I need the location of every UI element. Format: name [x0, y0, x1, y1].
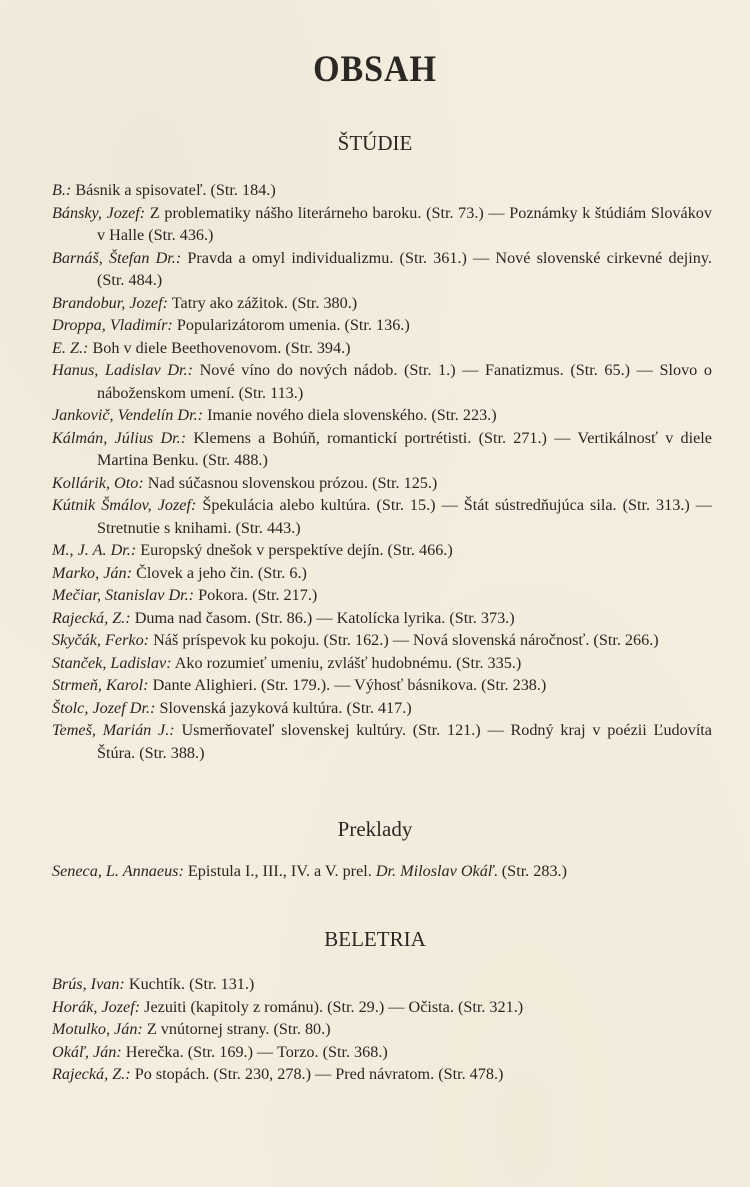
entry-author: M., J. A. Dr.: [52, 541, 136, 559]
entry-text: Z vnútornej strany. (Str. 80.) [143, 1020, 331, 1038]
toc-entry: Temeš, Marián J.: Usmerňovateľ slovenske… [52, 719, 712, 764]
page-title: OBSAH [30, 48, 720, 91]
entry-author: Hanus, Ladislav Dr.: [52, 361, 193, 379]
entry-text: Imanie nového diela slovenského. (Str. 2… [203, 406, 497, 424]
entry-text: Slovenská jazyková kultúra. (Str. 417.) [155, 699, 411, 717]
entry-text: Popularizátorom umenia. (Str. 136.) [173, 316, 410, 334]
entry-author: E. Z.: [52, 339, 88, 357]
entry-text: Europský dnešok v perspektíve dejín. (St… [136, 541, 453, 559]
toc-entry: Kollárik, Oto: Nad súčasnou slovenskou p… [52, 472, 712, 495]
entry-author: Motulko, Ján: [52, 1020, 143, 1038]
entry-text: Z problematiky nášho literárneho baroku.… [97, 204, 712, 245]
section-heading-preklady: Preklady [0, 817, 750, 842]
entry-author: Rajecká, Z.: [52, 1065, 131, 1083]
document-page: OBSAH ŠTÚDIE B.: Básnik a spisovateľ. (S… [0, 0, 750, 1187]
entry-text: Náš príspevok ku pokoju. (Str. 162.) — N… [149, 631, 659, 649]
entry-text: Klemens a Bohúň, romantickí portrétisti.… [97, 429, 712, 470]
section-heading-studie: ŠTÚDIE [0, 131, 750, 156]
entry-author: Marko, Ján: [52, 564, 132, 582]
entry-text: Pokora. (Str. 217.) [194, 586, 317, 604]
entry-author: Rajecká, Z.: [52, 609, 131, 627]
entry-author: Brús, Ivan: [52, 975, 125, 993]
toc-entry: Brandobur, Jozef: Tatry ako zážitok. (St… [52, 292, 712, 315]
entry-text: Dante Alighieri. (Str. 179.). — Výhosť b… [149, 676, 547, 694]
entry-author: Horák, Jozef: [52, 998, 140, 1016]
toc-entry: Štolc, Jozef Dr.: Slovenská jazyková kul… [52, 697, 712, 720]
entry-text: Herečka. (Str. 169.) — Torzo. (Str. 368.… [122, 1043, 388, 1061]
toc-entry: E. Z.: Boh v diele Beethovenovom. (Str. … [52, 337, 712, 360]
entry-author: Brandobur, Jozef: [52, 294, 168, 312]
entry-text: Boh v diele Beethovenovom. (Str. 394.) [88, 339, 350, 357]
toc-entry: Marko, Ján: Človek a jeho čin. (Str. 6.) [52, 562, 712, 585]
entry-text: Ako rozumieť umeniu, zvlášť hudobnému. (… [172, 654, 522, 672]
toc-entry: Brús, Ivan: Kuchtík. (Str. 131.) [52, 973, 712, 996]
toc-entry: Seneca, L. Annaeus: Epistula I., III., I… [52, 860, 712, 883]
toc-entry: Droppa, Vladimír: Popularizátorom umenia… [52, 314, 712, 337]
toc-entry: B.: Básnik a spisovateľ. (Str. 184.) [52, 179, 712, 202]
entry-text-after: . (Str. 283.) [494, 862, 567, 880]
toc-entry: Hanus, Ladislav Dr.: Nové víno do nových… [52, 359, 712, 404]
entry-author: Strmeň, Karol: [52, 676, 149, 694]
entry-author: Kollárik, Oto: [52, 474, 144, 492]
entry-text: Pravda a omyl individualizmu. (Str. 361.… [97, 249, 712, 290]
toc-entry: Jankovič, Vendelín Dr.: Imanie nového di… [52, 404, 712, 427]
toc-entry: M., J. A. Dr.: Europský dnešok v perspek… [52, 539, 712, 562]
toc-entry: Rajecká, Z.: Po stopách. (Str. 230, 278.… [52, 1063, 712, 1086]
entry-author: Seneca, L. Annaeus: [52, 862, 184, 880]
entry-author: Skyčák, Ferko: [52, 631, 149, 649]
toc-entry: Stanček, Ladislav: Ako rozumieť umeniu, … [52, 652, 712, 675]
entry-author: B.: [52, 181, 71, 199]
entry-text: Básnik a spisovateľ. (Str. 184.) [71, 181, 275, 199]
entry-author: Droppa, Vladimír: [52, 316, 173, 334]
entry-text: Tatry ako zážitok. (Str. 380.) [168, 294, 357, 312]
entry-author: Štolc, Jozef Dr.: [52, 699, 155, 717]
beletria-list: Brús, Ivan: Kuchtík. (Str. 131.) Horák, … [52, 973, 712, 1086]
toc-entry: Kútnik Šmálov, Jozef: Špekulácia alebo k… [52, 494, 712, 539]
entry-author: Jankovič, Vendelín Dr.: [52, 406, 203, 424]
entry-author: Kálmán, Július Dr.: [52, 429, 186, 447]
entry-text: Duma nad časom. (Str. 86.) — Katolícka l… [131, 609, 515, 627]
toc-entry: Bánsky, Jozef: Z problematiky nášho lite… [52, 202, 712, 247]
entry-text: Jezuiti (kapitoly z románu). (Str. 29.) … [140, 998, 523, 1016]
toc-entry: Skyčák, Ferko: Náš príspevok ku pokoju. … [52, 629, 712, 652]
entry-author: Kútnik Šmálov, Jozef: [52, 496, 196, 514]
entry-text: Po stopách. (Str. 230, 278.) — Pred návr… [131, 1065, 504, 1083]
preklady-list: Seneca, L. Annaeus: Epistula I., III., I… [52, 860, 712, 883]
toc-entry: Okáľ, Ján: Herečka. (Str. 169.) — Torzo.… [52, 1041, 712, 1064]
entry-author: Mečiar, Stanislav Dr.: [52, 586, 194, 604]
toc-entry: Motulko, Ján: Z vnútornej strany. (Str. … [52, 1018, 712, 1041]
entry-author: Okáľ, Ján: [52, 1043, 122, 1061]
toc-entry: Kálmán, Július Dr.: Klemens a Bohúň, rom… [52, 427, 712, 472]
entry-author: Bánsky, Jozef: [52, 204, 145, 222]
entry-author: Stanček, Ladislav: [52, 654, 172, 672]
entry-author: Temeš, Marián J.: [52, 721, 175, 739]
toc-entry: Mečiar, Stanislav Dr.: Pokora. (Str. 217… [52, 584, 712, 607]
entry-text: Kuchtík. (Str. 131.) [125, 975, 255, 993]
entry-text: Usmerňovateľ slovenskej kultúry. (Str. 1… [97, 721, 712, 762]
toc-entry: Barnáš, Štefan Dr.: Pravda a omyl indivi… [52, 247, 712, 292]
studie-list: B.: Básnik a spisovateľ. (Str. 184.) Bán… [52, 179, 712, 764]
entry-text: Epistula I., III., IV. a V. prel. [184, 862, 376, 880]
entry-text: Človek a jeho čin. (Str. 6.) [132, 564, 307, 582]
toc-entry: Rajecká, Z.: Duma nad časom. (Str. 86.) … [52, 607, 712, 630]
section-heading-beletria: BELETRIA [0, 927, 750, 952]
entry-text: Nad súčasnou slovenskou prózou. (Str. 12… [144, 474, 438, 492]
entry-author: Barnáš, Štefan Dr.: [52, 249, 181, 267]
toc-entry: Strmeň, Karol: Dante Alighieri. (Str. 17… [52, 674, 712, 697]
entry-translator: Dr. Miloslav Okáľ [376, 862, 494, 880]
toc-entry: Horák, Jozef: Jezuiti (kapitoly z románu… [52, 996, 712, 1019]
